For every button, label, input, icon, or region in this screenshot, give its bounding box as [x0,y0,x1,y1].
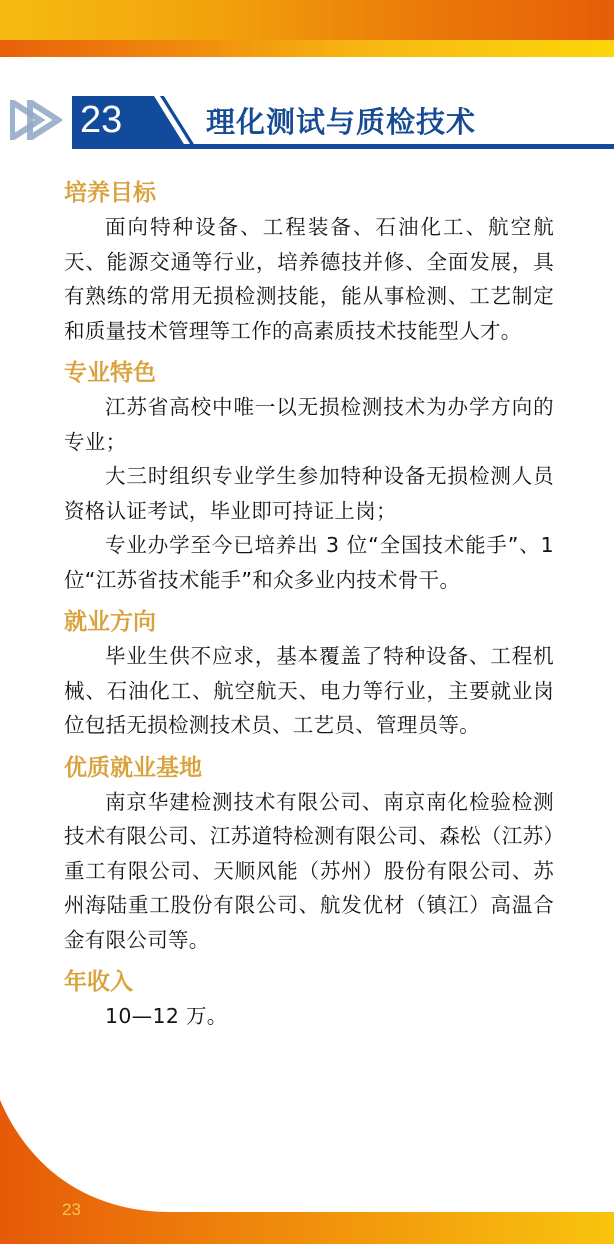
title-underline [72,144,614,149]
top-orange-band [0,0,614,40]
paragraph: 10—12 万。 [64,999,554,1034]
title-bar: 23 理化测试与质检技术 [0,92,614,152]
paragraph: 面向特种设备、工程装备、石油化工、航空航天、能源交通等行业，培养德技并修、全面发… [64,210,554,348]
section-heading: 专业特色 [64,356,554,390]
section-number: 23 [80,99,122,141]
top-yellow-stripe [0,40,614,57]
section-heading: 年收入 [64,965,554,999]
section-heading: 就业方向 [64,605,554,639]
section-employment-direction: 就业方向 毕业生供不应求，基本覆盖了特种设备、工程机械、石油化工、航空航天、电力… [64,605,554,743]
double-arrow-icon [10,100,62,140]
page-title: 理化测试与质检技术 [206,100,476,141]
section-annual-income: 年收入 10—12 万。 [64,965,554,1034]
section-heading: 优质就业基地 [64,751,554,785]
section-heading: 培养目标 [64,176,554,210]
section-features: 专业特色 江苏省高校中唯一以无损检测技术为办学方向的专业； 大三时组织专业学生参… [64,356,554,597]
paragraph: 毕业生供不应求，基本覆盖了特种设备、工程机械、石油化工、航空航天、电力等行业，主… [64,639,554,743]
section-employment-bases: 优质就业基地 南京华建检测技术有限公司、南京南化检验检测技术有限公司、江苏道特检… [64,751,554,958]
paragraph: 大三时组织专业学生参加特种设备无损检测人员资格认证考试，毕业即可持证上岗； [64,459,554,528]
slash-decoration-icon [140,96,200,148]
paragraph: 江苏省高校中唯一以无损检测技术为办学方向的专业； [64,390,554,459]
section-training-goal: 培养目标 面向特种设备、工程装备、石油化工、航空航天、能源交通等行业，培养德技并… [64,176,554,348]
content: 培养目标 面向特种设备、工程装备、石油化工、航空航天、能源交通等行业，培养德技并… [64,176,554,1034]
page-number: 23 [62,1200,81,1220]
paragraph: 专业办学至今已培养出 3 位“全国技术能手”、1 位“江苏省技术能手”和众多业内… [64,528,554,597]
paragraph: 南京华建检测技术有限公司、南京南化检验检测技术有限公司、江苏道特检测有限公司、森… [64,785,554,958]
footer-orange-curve [0,1100,614,1244]
